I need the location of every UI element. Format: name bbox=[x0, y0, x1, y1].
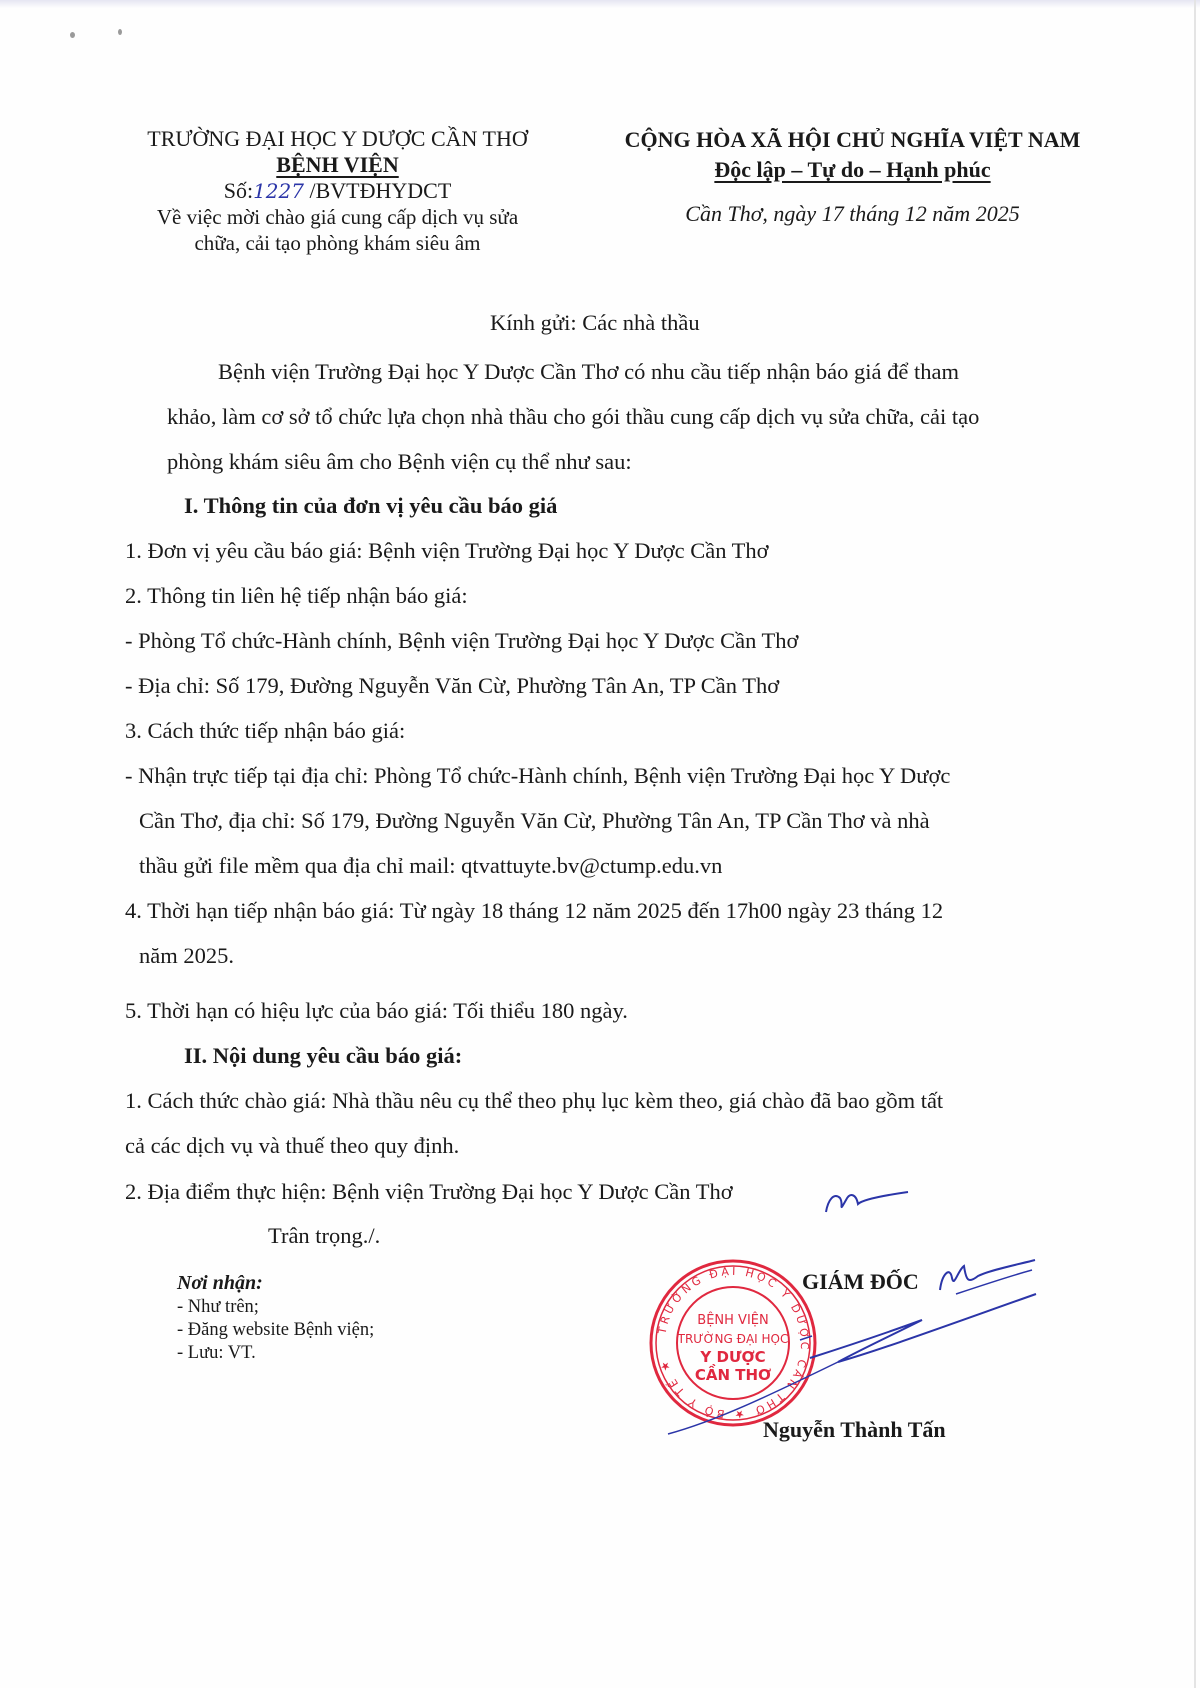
recipient-item: - Lưu: VT. bbox=[177, 1342, 374, 1365]
document-number: Số:1227 /BVTĐHYDCT bbox=[120, 178, 555, 204]
section-1-line: 1. Đơn vị yêu cầu báo giá: Bệnh viện Trư… bbox=[125, 537, 769, 565]
section-1-line: 5. Thời hạn có hiệu lực của báo giá: Tối… bbox=[125, 997, 628, 1025]
intro-line-2: khảo, làm cơ sở tổ chức lựa chọn nhà thầ… bbox=[167, 403, 979, 431]
recipient-item: - Đăng website Bệnh viện; bbox=[177, 1319, 374, 1342]
section-2-line: cả các dịch vụ và thuế theo quy định. bbox=[125, 1132, 459, 1160]
section-2-line: 2. Địa điểm thực hiện: Bệnh viện Trường … bbox=[125, 1178, 733, 1206]
intro-line-3: phòng khám siêu âm cho Bệnh viện cụ thể … bbox=[167, 448, 632, 476]
org-name: BỆNH VIỆN bbox=[120, 152, 555, 178]
section-1-line: - Nhận trực tiếp tại địa chỉ: Phòng Tổ c… bbox=[125, 762, 950, 790]
scan-top-tint bbox=[0, 0, 1200, 8]
section-1-heading: I. Thông tin của đơn vị yêu cầu báo giá bbox=[184, 492, 557, 520]
recipient-item: - Như trên; bbox=[177, 1296, 374, 1319]
signature-scribble bbox=[660, 1250, 1040, 1440]
nation-title: CỘNG HÒA XÃ HỘI CHỦ NGHĨA VIỆT NAM bbox=[600, 127, 1105, 153]
section-1-line: năm 2025. bbox=[139, 942, 234, 970]
recipients-title: Nơi nhận: bbox=[177, 1270, 374, 1296]
number-handwritten: 1227 bbox=[253, 179, 304, 203]
number-suffix: /BVTĐHYDCT bbox=[309, 178, 451, 203]
salutation: Kính gửi: Các nhà thầu bbox=[490, 309, 700, 337]
subject-line-2: chữa, cải tạo phòng khám siêu âm bbox=[120, 230, 555, 256]
org-parent: TRƯỜNG ĐẠI HỌC Y DƯỢC CẦN THƠ bbox=[120, 126, 555, 152]
document-page: TRƯỜNG ĐẠI HỌC Y DƯỢC CẦN THƠ BỆNH VIỆN … bbox=[0, 0, 1200, 1688]
section-1-line: 4. Thời hạn tiếp nhận báo giá: Từ ngày 1… bbox=[125, 897, 943, 925]
org-name-text: BỆNH VIỆN bbox=[276, 152, 398, 177]
place-date: Cần Thơ, ngày 17 tháng 12 năm 2025 bbox=[600, 201, 1105, 227]
section-1-line: 2. Thông tin liên hệ tiếp nhận báo giá: bbox=[125, 582, 468, 610]
section-1-line: - Phòng Tổ chức-Hành chính, Bệnh viện Tr… bbox=[125, 627, 798, 655]
header-left: TRƯỜNG ĐẠI HỌC Y DƯỢC CẦN THƠ BỆNH VIỆN … bbox=[120, 126, 555, 256]
intro-line-1: Bệnh viện Trường Đại học Y Dược Cần Thơ … bbox=[218, 358, 959, 386]
section-1-line: 3. Cách thức tiếp nhận báo giá: bbox=[125, 717, 405, 745]
subject-line-1: Về việc mời chào giá cung cấp dịch vụ sử… bbox=[120, 204, 555, 230]
section-1-line: thầu gửi file mềm qua địa chỉ mail: qtva… bbox=[139, 852, 722, 880]
motto-text: Độc lập – Tự do – Hạnh phúc bbox=[714, 157, 990, 182]
recipients: Nơi nhận: - Như trên; - Đăng website Bện… bbox=[177, 1270, 374, 1365]
scan-right-edge bbox=[1194, 0, 1196, 1688]
number-prefix: Số: bbox=[224, 178, 253, 203]
closing: Trân trọng./. bbox=[268, 1222, 380, 1250]
scan-speck bbox=[118, 29, 122, 35]
section-1-line: Cần Thơ, địa chỉ: Số 179, Đường Nguyễn V… bbox=[139, 807, 930, 835]
email-line: thầu gửi file mềm qua địa chỉ mail: qtva… bbox=[139, 853, 722, 878]
initials-scribble bbox=[820, 1180, 910, 1220]
scan-speck bbox=[70, 32, 75, 38]
section-1-line: - Địa chỉ: Số 179, Đường Nguyễn Văn Cừ, … bbox=[125, 672, 779, 700]
motto: Độc lập – Tự do – Hạnh phúc bbox=[600, 157, 1105, 183]
section-2-heading: II. Nội dung yêu cầu báo giá: bbox=[184, 1042, 462, 1070]
section-2-line: 1. Cách thức chào giá: Nhà thầu nêu cụ t… bbox=[125, 1087, 943, 1115]
signer-name: Nguyễn Thành Tấn bbox=[763, 1416, 946, 1444]
